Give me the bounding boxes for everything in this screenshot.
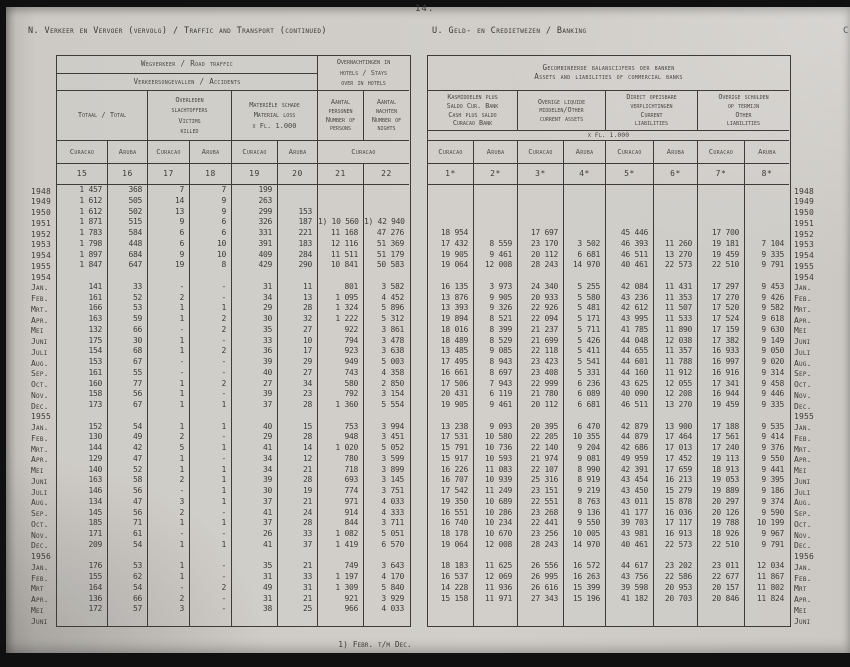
data-cell: 5 411 bbox=[564, 346, 606, 357]
data-cell: 19 905 bbox=[428, 400, 474, 411]
row-label: Nov. bbox=[794, 531, 828, 542]
data-cell bbox=[745, 217, 789, 228]
data-cell bbox=[654, 615, 698, 626]
data-cell: 18 183 bbox=[428, 561, 474, 572]
data-cell bbox=[606, 411, 654, 422]
column-number: 21 bbox=[318, 164, 364, 185]
data-cell bbox=[428, 217, 474, 228]
data-cell: 33 bbox=[232, 336, 278, 347]
data-cell: 9 136 bbox=[564, 508, 606, 519]
data-cell: 580 bbox=[318, 379, 364, 390]
data-cell: 39 bbox=[232, 357, 278, 368]
data-cell: 28 243 bbox=[518, 260, 564, 271]
data-cell: 16 933 bbox=[698, 346, 745, 357]
traffic-table: Wegverkeer / Road traffic Overnachtingen… bbox=[56, 55, 411, 627]
data-cell: 26 995 bbox=[518, 572, 564, 583]
data-cell bbox=[318, 411, 364, 422]
data-cell: 5 331 bbox=[564, 368, 606, 379]
table-row: 19 9059 46120 1126 68146 51113 27019 459… bbox=[428, 250, 790, 261]
data-cell: 42 612 bbox=[606, 303, 654, 314]
data-cell bbox=[474, 185, 518, 196]
data-cell: 9 374 bbox=[745, 497, 789, 508]
data-cell: 15 917 bbox=[428, 454, 474, 465]
data-cell: 59 bbox=[108, 314, 148, 325]
data-cell: 263 bbox=[232, 196, 278, 207]
data-cell: 14 970 bbox=[564, 540, 606, 551]
data-cell: 27 bbox=[278, 368, 318, 379]
data-cell: 9 219 bbox=[564, 486, 606, 497]
data-cell: 20 112 bbox=[518, 250, 564, 261]
data-cell: 6 bbox=[190, 228, 232, 239]
row-label: Feb. bbox=[794, 294, 828, 305]
data-cell: 1 020 bbox=[318, 443, 364, 454]
data-cell bbox=[654, 604, 698, 615]
data-cell: 11 788 bbox=[654, 357, 698, 368]
data-cell bbox=[428, 185, 474, 196]
data-cell: 7 bbox=[190, 185, 232, 196]
data-cell: 2 bbox=[190, 325, 232, 336]
data-cell bbox=[108, 551, 148, 562]
data-cell: 3 451 bbox=[364, 432, 409, 443]
data-cell bbox=[428, 207, 474, 218]
data-cell: 19 459 bbox=[698, 250, 745, 261]
data-cell: 17 700 bbox=[698, 228, 745, 239]
data-cell: 30 bbox=[232, 314, 278, 325]
table-row: 134473137219714 033 bbox=[57, 497, 410, 508]
data-cell: 753 bbox=[318, 422, 364, 433]
row-label: Mrt. bbox=[31, 445, 56, 456]
data-cell bbox=[698, 604, 745, 615]
data-cell: 10 841 bbox=[318, 260, 364, 271]
data-cell: 55 bbox=[108, 368, 148, 379]
data-cell: 44 601 bbox=[606, 357, 654, 368]
data-cell bbox=[698, 196, 745, 207]
data-cell: 9 630 bbox=[745, 325, 789, 336]
data-cell: 1 bbox=[148, 540, 190, 551]
row-label: Mei bbox=[31, 326, 56, 337]
data-cell: 20 157 bbox=[698, 583, 745, 594]
data-cell bbox=[428, 411, 474, 422]
table-row bbox=[428, 217, 790, 228]
data-cell bbox=[232, 411, 278, 422]
data-cell: 155 bbox=[57, 572, 108, 583]
data-cell bbox=[518, 196, 564, 207]
data-cell: 49 bbox=[108, 432, 148, 443]
data-cell: 66 bbox=[108, 325, 148, 336]
data-cell: - bbox=[190, 561, 232, 572]
data-cell: 11 353 bbox=[654, 293, 698, 304]
data-cell: 17 464 bbox=[654, 432, 698, 443]
data-cell: 684 bbox=[108, 250, 148, 261]
data-cell: 50 583 bbox=[364, 260, 409, 271]
table-row: 185711137288443 711 bbox=[57, 518, 410, 529]
data-cell: 22 551 bbox=[518, 497, 564, 508]
table-row: 16 1353 97324 3405 25542 08411 43117 297… bbox=[428, 282, 790, 293]
data-cell: 780 bbox=[318, 454, 364, 465]
data-cell bbox=[564, 207, 606, 218]
footnote: 1) Febr. t/m Dec. bbox=[285, 640, 465, 649]
table-row: 20 4316 11921 7806 08940 09012 20816 944… bbox=[428, 389, 790, 400]
table-row bbox=[57, 615, 410, 626]
data-cell: 10 593 bbox=[474, 454, 518, 465]
data-cell: 58 bbox=[108, 475, 148, 486]
data-cell: 5 840 bbox=[364, 583, 409, 594]
data-cell: 15 158 bbox=[428, 594, 474, 605]
data-cell: 43 625 bbox=[606, 379, 654, 390]
data-cell: 21 237 bbox=[518, 325, 564, 336]
table-row: 16 74010 23422 4419 55039 70317 11719 78… bbox=[428, 518, 790, 529]
data-cell bbox=[428, 196, 474, 207]
data-cell: 10 199 bbox=[745, 518, 789, 529]
data-cell bbox=[564, 196, 606, 207]
row-label: 1953 bbox=[794, 240, 828, 251]
banking-table: Gecombineerde balanscijfers der banken A… bbox=[427, 55, 791, 627]
data-cell: 17 524 bbox=[698, 314, 745, 325]
data-cell: 40 461 bbox=[606, 260, 654, 271]
table-row bbox=[428, 196, 790, 207]
data-cell bbox=[148, 411, 190, 422]
data-cell: 56 bbox=[108, 508, 148, 519]
banking-table-header: Gecombineerde balanscijfers der banken A… bbox=[428, 56, 790, 185]
row-label: Oct. bbox=[794, 380, 828, 391]
banking-table-body: 18 95417 69745 44617 70017 4328 55923 17… bbox=[428, 185, 790, 626]
data-cell: 43 995 bbox=[606, 314, 654, 325]
data-cell bbox=[428, 271, 474, 282]
row-label: Aug. bbox=[31, 498, 56, 509]
region-aruba: Aruba bbox=[474, 141, 518, 164]
data-cell: 24 340 bbox=[518, 282, 564, 293]
data-cell: 792 bbox=[318, 389, 364, 400]
data-cell: 35 bbox=[232, 561, 278, 572]
data-cell: 17 659 bbox=[654, 465, 698, 476]
data-cell: 15 196 bbox=[564, 594, 606, 605]
data-cell: 22 140 bbox=[518, 443, 564, 454]
table-row: 18 0168 39921 2375 71141 78511 89017 159… bbox=[428, 325, 790, 336]
data-cell: 12 008 bbox=[474, 540, 518, 551]
row-label: Mrt bbox=[794, 584, 828, 595]
region-curacao: Curacao bbox=[148, 141, 190, 164]
table-row: 163582139286933 145 bbox=[57, 475, 410, 486]
data-cell bbox=[606, 271, 654, 282]
row-label: Feb. bbox=[794, 434, 828, 445]
header-other-liabilities: Overige schulden op termijn Other liabil… bbox=[698, 91, 789, 131]
data-cell: 1 bbox=[148, 518, 190, 529]
row-label: Apr. bbox=[31, 316, 56, 327]
data-cell: 13 485 bbox=[428, 346, 474, 357]
data-cell bbox=[108, 271, 148, 282]
data-cell: 5 481 bbox=[564, 303, 606, 314]
row-label: 1948 bbox=[31, 187, 56, 198]
data-cell: 3 478 bbox=[364, 336, 409, 347]
data-cell: 16 135 bbox=[428, 282, 474, 293]
data-cell: 42 391 bbox=[606, 465, 654, 476]
region-aruba: Aruba bbox=[745, 141, 789, 164]
data-cell: 33 bbox=[278, 572, 318, 583]
data-cell: 22 441 bbox=[518, 518, 564, 529]
data-cell: 1 bbox=[190, 518, 232, 529]
table-row: 17 4958 94323 4235 54144 60111 78816 997… bbox=[428, 357, 790, 368]
data-cell: 22 573 bbox=[654, 260, 698, 271]
data-cell: 774 bbox=[318, 486, 364, 497]
row-label: 1955 bbox=[794, 412, 828, 423]
data-cell: 158 bbox=[57, 389, 108, 400]
data-cell: 152 bbox=[57, 422, 108, 433]
row-label: Nov. bbox=[794, 391, 828, 402]
table-row: 16 55110 28623 2689 13641 17716 03620 12… bbox=[428, 508, 790, 519]
data-cell: 1 bbox=[190, 465, 232, 476]
data-cell: 49 bbox=[232, 583, 278, 594]
data-cell: 166 bbox=[57, 303, 108, 314]
data-cell: 368 bbox=[108, 185, 148, 196]
data-cell: 10 bbox=[190, 250, 232, 261]
data-cell: 3 bbox=[148, 604, 190, 615]
data-cell: 11 511 bbox=[318, 250, 364, 261]
data-cell: 11 533 bbox=[654, 314, 698, 325]
table-row: 136662-31219213 929 bbox=[57, 594, 410, 605]
data-cell bbox=[318, 271, 364, 282]
data-cell: 2 bbox=[190, 583, 232, 594]
data-cell: 17 240 bbox=[698, 443, 745, 454]
data-cell: 163 bbox=[57, 314, 108, 325]
table-row: 161522-34131 0954 452 bbox=[57, 293, 410, 304]
table-row: 175301-33107943 478 bbox=[57, 336, 410, 347]
row-label: Dec. bbox=[794, 402, 828, 413]
data-cell: 4 170 bbox=[364, 572, 409, 583]
table-row bbox=[428, 615, 790, 626]
row-label: Mei bbox=[31, 606, 56, 617]
data-cell: 16 213 bbox=[654, 475, 698, 486]
data-cell: 11 912 bbox=[654, 368, 698, 379]
header-persons: Aantal personen Number of persons bbox=[318, 91, 364, 141]
data-cell bbox=[564, 228, 606, 239]
data-cell: 15 279 bbox=[654, 486, 698, 497]
row-label: Feb. bbox=[31, 574, 56, 585]
data-cell: 10 689 bbox=[474, 497, 518, 508]
data-cell: 331 bbox=[232, 228, 278, 239]
data-cell: 948 bbox=[318, 432, 364, 443]
data-cell bbox=[364, 551, 409, 562]
data-cell: 141 bbox=[57, 282, 108, 293]
row-label: Feb. bbox=[794, 574, 828, 585]
data-cell bbox=[232, 271, 278, 282]
data-cell: 51 369 bbox=[364, 239, 409, 250]
data-cell: 28 bbox=[278, 303, 318, 314]
data-cell bbox=[745, 615, 789, 626]
data-cell bbox=[606, 615, 654, 626]
data-cell bbox=[654, 196, 698, 207]
row-label: Apr. bbox=[31, 595, 56, 606]
data-cell: 409 bbox=[232, 250, 278, 261]
data-cell bbox=[190, 615, 232, 626]
row-label: Dec. bbox=[31, 541, 56, 552]
data-cell: 16 661 bbox=[428, 368, 474, 379]
data-cell: 37 bbox=[278, 540, 318, 551]
data-cell: 18 178 bbox=[428, 529, 474, 540]
data-cell: - bbox=[190, 594, 232, 605]
table-row: 19 06412 00828 24314 97040 46122 57322 5… bbox=[428, 260, 790, 271]
data-cell: 1 897 bbox=[57, 250, 108, 261]
data-cell: 11 357 bbox=[654, 346, 698, 357]
row-label: 1955 bbox=[31, 412, 56, 423]
table-row bbox=[428, 207, 790, 218]
data-cell: 844 bbox=[318, 518, 364, 529]
table-row: 13 8769 90520 9335 58043 23611 35317 270… bbox=[428, 293, 790, 304]
data-cell: 1 798 bbox=[57, 239, 108, 250]
data-cell: 1 bbox=[148, 454, 190, 465]
data-cell: 199 bbox=[232, 185, 278, 196]
data-cell: 1 419 bbox=[318, 540, 364, 551]
data-cell: 8 521 bbox=[474, 314, 518, 325]
row-label: Juni bbox=[794, 477, 828, 488]
data-cell: 43 011 bbox=[606, 497, 654, 508]
data-cell: 429 bbox=[232, 260, 278, 271]
data-cell: 26 bbox=[232, 529, 278, 540]
data-cell: 9 550 bbox=[745, 454, 789, 465]
region-curacao: Curacao bbox=[57, 141, 108, 164]
data-cell: 12 008 bbox=[474, 260, 518, 271]
data-cell: 11 bbox=[278, 282, 318, 293]
row-label: 1956 bbox=[31, 552, 56, 563]
data-cell: 11 936 bbox=[474, 583, 518, 594]
data-cell: 44 655 bbox=[606, 346, 654, 357]
data-cell bbox=[318, 207, 364, 218]
data-cell: 17 188 bbox=[698, 422, 745, 433]
data-cell: 1 bbox=[190, 486, 232, 497]
data-cell: 11 971 bbox=[474, 594, 518, 605]
data-cell: 923 bbox=[318, 346, 364, 357]
data-cell bbox=[698, 185, 745, 196]
data-cell bbox=[745, 228, 789, 239]
data-cell: 8 919 bbox=[564, 475, 606, 486]
data-cell: 23 bbox=[278, 389, 318, 400]
data-cell: 9 618 bbox=[745, 314, 789, 325]
row-label: Nov. bbox=[31, 391, 56, 402]
data-cell: 5 541 bbox=[564, 357, 606, 368]
data-cell bbox=[606, 551, 654, 562]
data-cell: 41 bbox=[232, 443, 278, 454]
data-cell: 19 788 bbox=[698, 518, 745, 529]
region-curacao: Curacao bbox=[698, 141, 745, 164]
data-cell: 1 bbox=[148, 379, 190, 390]
data-cell: 9 791 bbox=[745, 540, 789, 551]
data-cell: 5 426 bbox=[564, 336, 606, 347]
data-cell: 136 bbox=[57, 594, 108, 605]
data-cell: 43 454 bbox=[606, 475, 654, 486]
data-cell: 17 382 bbox=[698, 336, 745, 347]
data-cell: 2 bbox=[148, 293, 190, 304]
table-row: 144425141141 0205 052 bbox=[57, 443, 410, 454]
data-cell: 18 913 bbox=[698, 465, 745, 476]
data-cell: 140 bbox=[57, 465, 108, 476]
data-cell: 20 126 bbox=[698, 508, 745, 519]
data-cell: 68 bbox=[108, 346, 148, 357]
data-cell: 42 686 bbox=[606, 443, 654, 454]
data-cell: 10 bbox=[278, 336, 318, 347]
data-cell: 5 052 bbox=[364, 443, 409, 454]
data-cell: 23 151 bbox=[518, 486, 564, 497]
row-label: Sep. bbox=[794, 509, 828, 520]
data-cell: 56 bbox=[108, 486, 148, 497]
data-cell bbox=[428, 604, 474, 615]
data-cell bbox=[278, 185, 318, 196]
data-cell: 13 270 bbox=[654, 250, 698, 261]
data-cell bbox=[654, 217, 698, 228]
data-cell bbox=[654, 411, 698, 422]
data-cell: 47 bbox=[108, 497, 148, 508]
data-cell: 13 393 bbox=[428, 303, 474, 314]
region-curacao: Curacao bbox=[518, 141, 564, 164]
data-cell: 921 bbox=[318, 594, 364, 605]
row-label: Juni bbox=[31, 337, 56, 348]
data-cell: 17 341 bbox=[698, 379, 745, 390]
data-cell: 16 226 bbox=[428, 465, 474, 476]
data-cell bbox=[564, 217, 606, 228]
data-cell: 17 495 bbox=[428, 357, 474, 368]
data-cell: 9 441 bbox=[745, 465, 789, 476]
region-curacao: Curacao bbox=[232, 141, 278, 164]
data-cell: 6 bbox=[190, 217, 232, 228]
data-cell: 172 bbox=[57, 604, 108, 615]
region-aruba: Aruba bbox=[278, 141, 318, 164]
data-cell: 505 bbox=[108, 196, 148, 207]
table-row: 1 89768491040928411 51151 179 bbox=[57, 250, 410, 261]
data-cell bbox=[428, 615, 474, 626]
row-label: Jan. bbox=[31, 423, 56, 434]
data-cell: 8 bbox=[190, 260, 232, 271]
data-cell: 12 069 bbox=[474, 572, 518, 583]
data-cell: 1 bbox=[190, 540, 232, 551]
data-cell: 23 256 bbox=[518, 529, 564, 540]
data-cell: 11 867 bbox=[745, 572, 789, 583]
section-title-traffic: N. Verkeer en Vervoer (vervolg) / Traffi… bbox=[28, 26, 327, 36]
table-row: 13 2389 09320 3956 47042 87913 90017 188… bbox=[428, 422, 790, 433]
data-cell bbox=[108, 411, 148, 422]
data-cell: 36 bbox=[232, 346, 278, 357]
data-cell bbox=[474, 411, 518, 422]
column-number: 6* bbox=[654, 164, 698, 185]
data-cell: 1 612 bbox=[57, 207, 108, 218]
data-cell: 56 bbox=[108, 389, 148, 400]
data-cell: 5 580 bbox=[564, 293, 606, 304]
data-cell: 10 286 bbox=[474, 508, 518, 519]
data-cell: 3 994 bbox=[364, 422, 409, 433]
data-cell: - bbox=[190, 282, 232, 293]
row-label: Apr. bbox=[794, 595, 828, 606]
data-cell bbox=[698, 271, 745, 282]
row-label: Feb. bbox=[31, 294, 56, 305]
table-row: 17161--26331 0825 051 bbox=[57, 529, 410, 540]
edge-mark: C bbox=[843, 26, 848, 36]
table-row: 173671137281 3605 554 bbox=[57, 400, 410, 411]
data-cell: 8 529 bbox=[474, 336, 518, 347]
data-cell bbox=[190, 411, 232, 422]
data-cell: - bbox=[190, 368, 232, 379]
data-cell: 32 bbox=[278, 314, 318, 325]
data-cell: 3 599 bbox=[364, 454, 409, 465]
table-row: 152541140157533 994 bbox=[57, 422, 410, 433]
data-cell bbox=[518, 217, 564, 228]
table-row: 15 15811 97127 34315 19641 18220 70320 8… bbox=[428, 594, 790, 605]
row-label: Oct. bbox=[31, 380, 56, 391]
header-unit: x Fl. 1.000 bbox=[428, 131, 789, 141]
data-cell: 1 bbox=[148, 465, 190, 476]
table-row: 19 9059 46120 1126 68146 51113 27019 459… bbox=[428, 400, 790, 411]
data-cell: 448 bbox=[108, 239, 148, 250]
data-cell: 4 452 bbox=[364, 293, 409, 304]
data-cell: 20 297 bbox=[698, 497, 745, 508]
data-cell: 6 236 bbox=[564, 379, 606, 390]
header-victims-killed: Overleden slachtoffers Victims killed bbox=[148, 91, 232, 141]
